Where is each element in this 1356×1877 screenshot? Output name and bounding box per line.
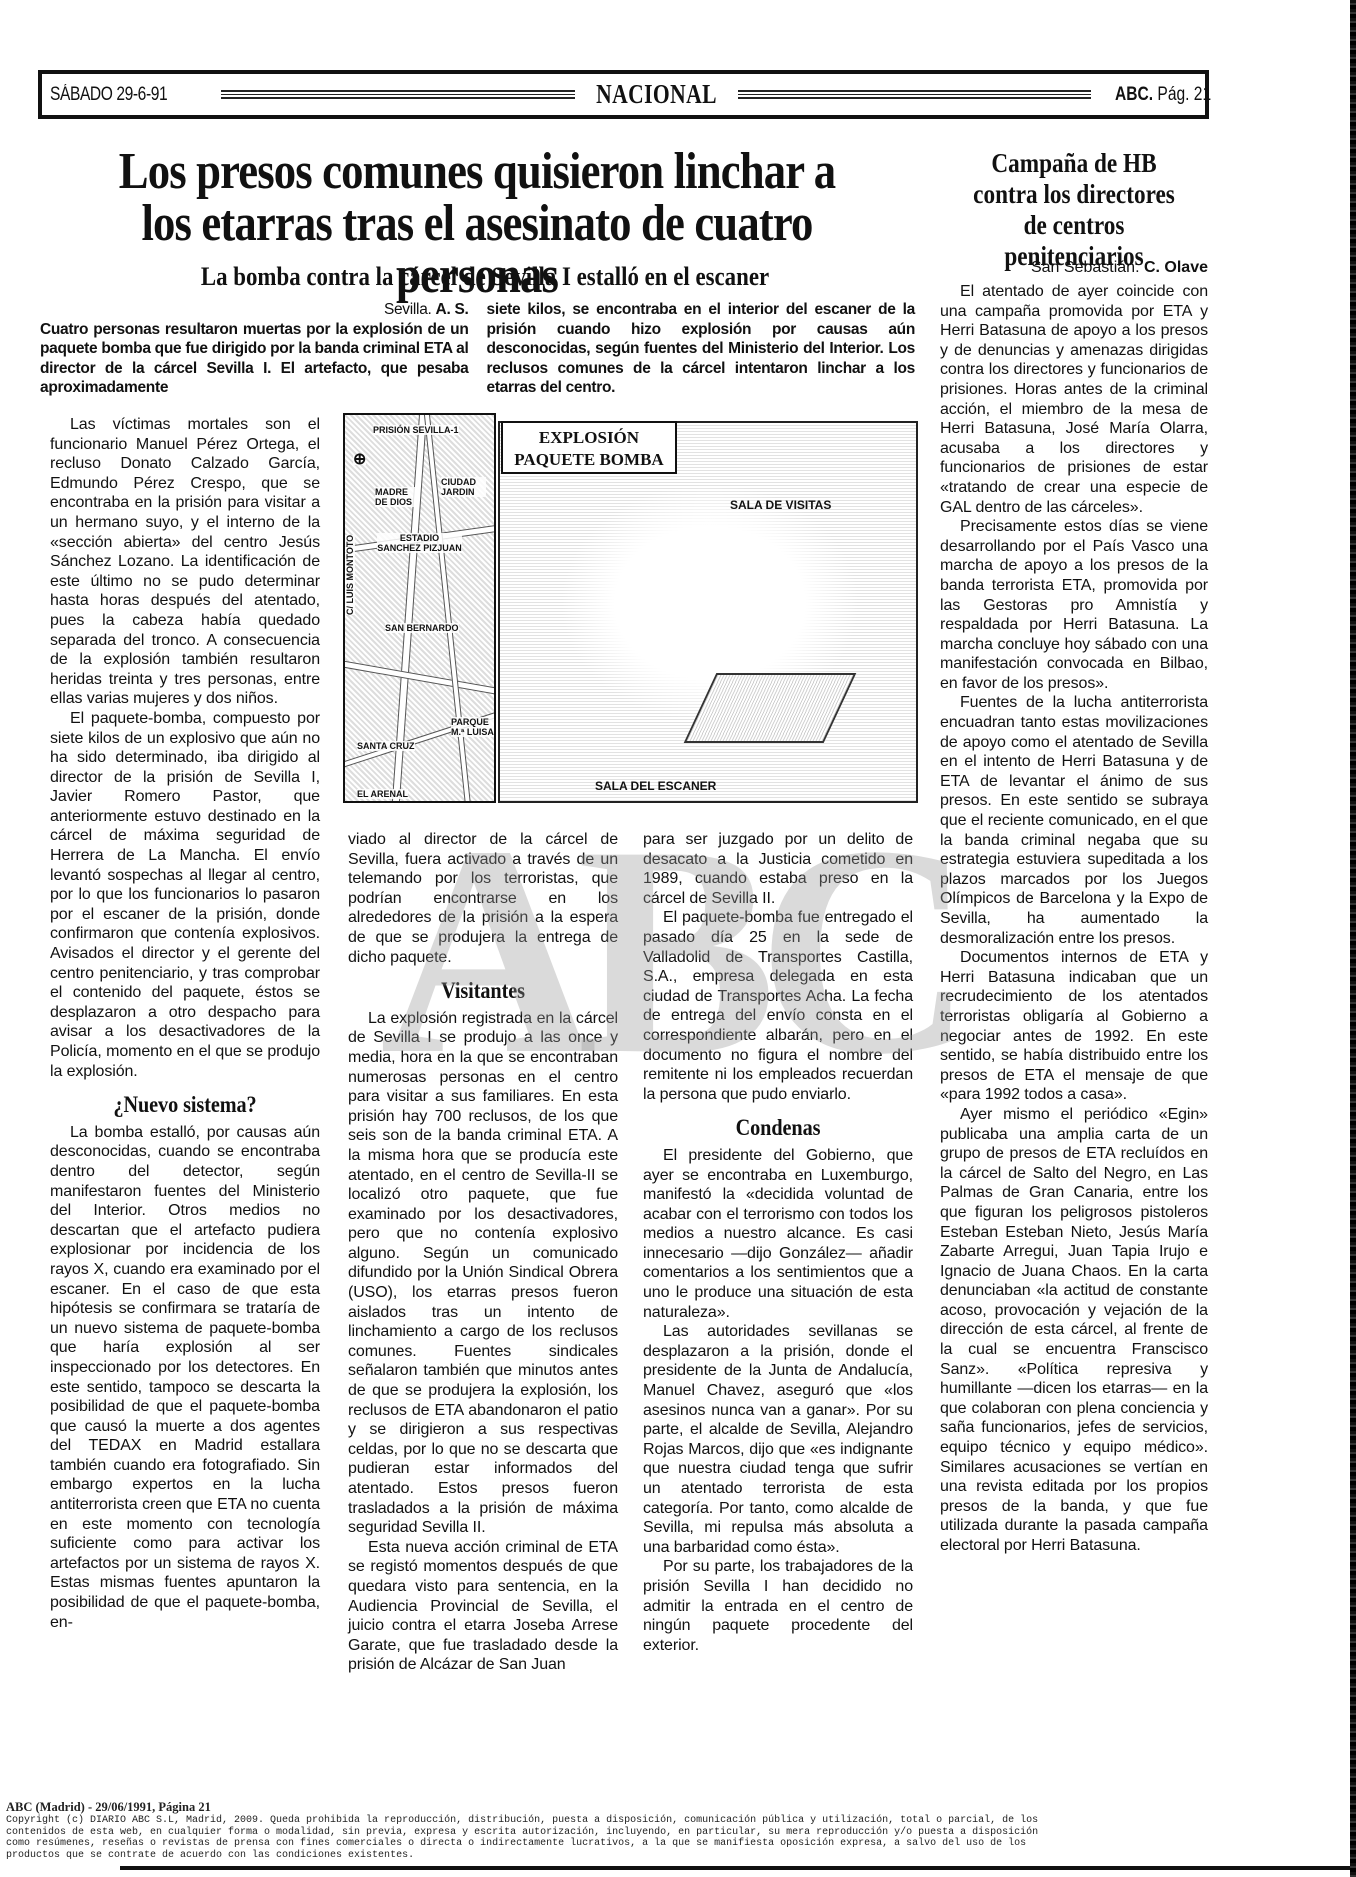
section-heading: Visitantes (364, 981, 602, 1001)
graphic-title: EXPLOSIÓN PAQUETE BOMBA (501, 421, 677, 474)
article-column-2: viado al director de la cárcel de Sevill… (348, 830, 618, 1675)
paragraph: El presidente del Gobierno, que ayer se … (643, 1146, 913, 1322)
byline: Sevilla. A. S. (40, 300, 469, 320)
page-footer: ABC (Madrid) - 29/06/1991, Página 21 Cop… (6, 1800, 1346, 1861)
page-bottom-edge (120, 1866, 1350, 1870)
paragraph: Ayer mismo el periódico «Egin» publicaba… (940, 1105, 1208, 1556)
lead-right: siete kilos, se encontraba en el interio… (487, 300, 916, 398)
sidebar-byline: San Sebastián. C. Olave (940, 259, 1208, 277)
footer-copyright: Copyright (c) DIARIO ABC S.L, Madrid, 20… (6, 1815, 1346, 1861)
header-rule-left (221, 90, 575, 99)
graphic-title-line1: EXPLOSIÓN (503, 427, 675, 449)
map-road (343, 659, 496, 697)
paragraph: Fuentes de la lucha antiterrorista encua… (940, 693, 1208, 948)
map-label-ciudad-jardin: CIUDAD JARDIN (441, 477, 486, 497)
paragraph: El paquete-bomba, compuesto por siete ki… (50, 709, 320, 1081)
sidebar-column: El atentado de ayer coincide con una cam… (940, 282, 1208, 1556)
map-label-prison: PRISIÓN SEVILLA-1 (373, 425, 459, 435)
paragraph: El atentado de ayer coincide con una cam… (940, 282, 1208, 517)
explosion-illustration: SALA DE VISITAS SALA DEL ESCANER (498, 421, 918, 803)
map-label-madre-dios: MADRE DE DIOS (375, 487, 415, 507)
map-road (423, 413, 473, 803)
paragraph: El paquete-bomba fue entregado el pasado… (643, 908, 913, 1104)
footer-source: ABC (Madrid) - 29/06/1991, Página 21 (6, 1800, 1346, 1815)
map-label-santa-cruz: SANTA CRUZ (357, 741, 415, 751)
paragraph: Esta nueva acción criminal de ETA se reg… (348, 1538, 618, 1675)
map-label-arenal: EL ARENAL (357, 789, 408, 799)
page-number: Pág. 21 (1157, 84, 1211, 105)
lead-block: Sevilla. A. S. Cuatro personas resultaro… (40, 300, 915, 398)
explosion-graphic: PRISIÓN SEVILLA-1 ⊕ C/ LUIS MONTOTO MADR… (343, 413, 923, 818)
lead-left: Sevilla. A. S. Cuatro personas resultaro… (40, 300, 469, 398)
scene-label-visitas: SALA DE VISITAS (730, 498, 831, 512)
main-subhead: La bomba contra la cárcel de Sevilla I e… (159, 262, 810, 292)
graphic-title-line2: PAQUETE BOMBA (503, 449, 675, 471)
byline-place: Sevilla. (384, 301, 432, 318)
sidebar-headline: Campaña de HB contra los directores de c… (959, 148, 1189, 272)
paragraph: Precisamente estos días se viene desarro… (940, 517, 1208, 693)
header-rule-right (738, 90, 1092, 99)
header-page: ABC. Pág. 21 (1115, 84, 1197, 106)
sidebar-byline-place: San Sebastián. (1031, 259, 1140, 276)
paragraph: viado al director de la cárcel de Sevill… (348, 830, 618, 967)
paragraph: Documentos internos de ETA y Herri Batas… (940, 948, 1208, 1105)
page-edge (1350, 0, 1356, 1877)
article-column-3: para ser juzgado por un delito de desaca… (643, 830, 913, 1655)
section-heading: ¿Nuevo sistema? (66, 1095, 304, 1115)
article-column-1: Las víctimas mortales son el funcionario… (50, 415, 320, 1632)
lead-text-left: Cuatro personas resultaron muertas por l… (40, 320, 469, 398)
paragraph: Las autoridades sevillanas se desplazaro… (643, 1322, 913, 1557)
map-label-street: C/ LUIS MONTOTO (345, 535, 355, 615)
paragraph: para ser juzgado por un delito de desaca… (643, 830, 913, 908)
paragraph: Por su parte, los trabajadores de la pri… (643, 1557, 913, 1655)
sidebar-byline-author: C. Olave (1144, 259, 1208, 276)
paragraph: La explosión registrada en la cárcel de … (348, 1009, 618, 1538)
map-label-estadio: ESTADIO SANCHEZ PIZJUAN (377, 533, 462, 553)
map-label-san-bernardo: SAN BERNARDO (385, 623, 459, 633)
location-map: PRISIÓN SEVILLA-1 ⊕ C/ LUIS MONTOTO MADR… (343, 413, 496, 803)
map-label-parque: PARQUE M.ª LUISA (451, 717, 496, 737)
byline-author: A. S. (436, 301, 469, 318)
page-header: SÁBADO 29-6-91 NACIONAL ABC. Pág. 21 (38, 70, 1209, 119)
scene-label-escaner: SALA DEL ESCANER (595, 779, 716, 793)
paragraph: La bomba estalló, por causas aún descono… (50, 1123, 320, 1632)
paragraph: Las víctimas mortales son el funcionario… (50, 415, 320, 709)
paper-name: ABC. (1115, 84, 1153, 105)
prison-marker-icon: ⊕ (353, 455, 366, 465)
section-title: NACIONAL (596, 79, 717, 110)
section-heading: Condenas (659, 1118, 897, 1138)
header-date: SÁBADO 29-6-91 (50, 84, 185, 106)
